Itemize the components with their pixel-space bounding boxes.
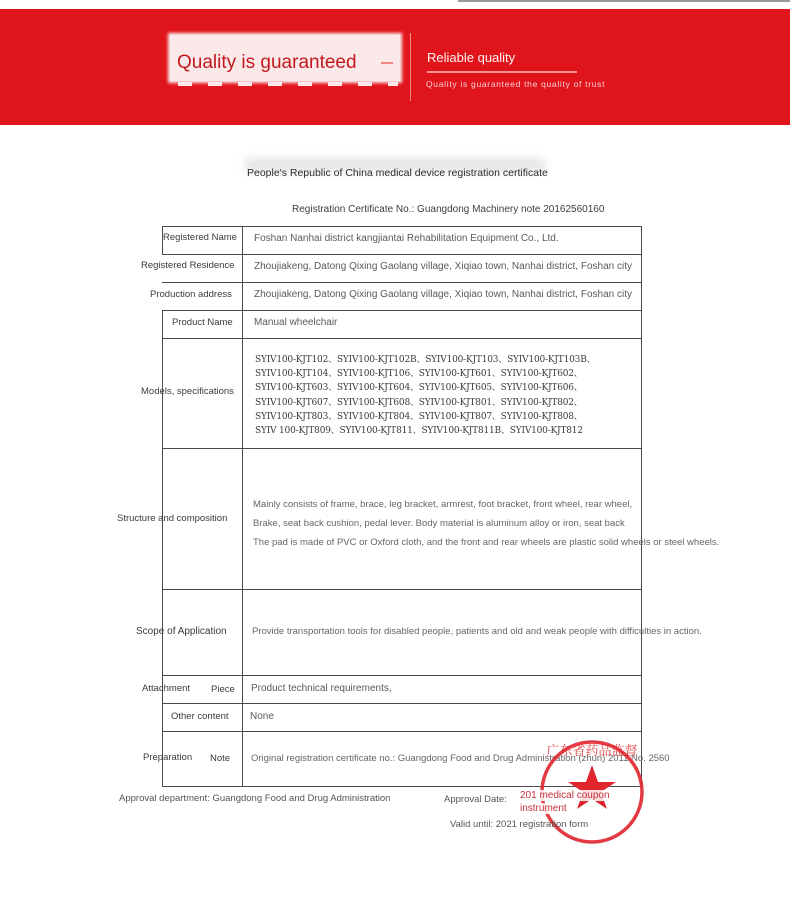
- banner-decoration: [178, 82, 398, 86]
- value-product-name: Manual wheelchair: [254, 317, 337, 328]
- value-other-content: None: [250, 711, 274, 722]
- label-attachment: Attachment: [142, 683, 190, 694]
- model-line: SYIV100-KJT102、SYIV100-KJT102B、SYIV100-K…: [255, 353, 595, 367]
- approval-date-value-line2: instrument: [520, 803, 567, 814]
- model-line: SYIV100-KJT104、SYIV100-KJT106、SYIV100-KJ…: [255, 367, 595, 381]
- approval-date-label: Approval Date:: [444, 794, 507, 805]
- value-structure: Mainly consists of frame, brace, leg bra…: [253, 495, 719, 552]
- banner-dash: [381, 62, 393, 64]
- model-line: SYIV100-KJT603、SYIV100-KJT604、SYIV100-KJ…: [255, 381, 595, 395]
- value-registered-name: Foshan Nanhai district kangjiantai Rehab…: [254, 233, 559, 244]
- label-product-name: Product Name: [172, 317, 233, 328]
- label-registered-residence: Registered Residence: [141, 260, 234, 271]
- banner-divider: [410, 33, 411, 101]
- banner-subtitle-underline: [427, 71, 577, 73]
- value-models: SYIV100-KJT102、SYIV100-KJT102B、SYIV100-K…: [255, 353, 595, 438]
- label-registered-name: Registered Name: [163, 232, 237, 243]
- banner-tagline: Quality is guaranteed the quality of tru…: [426, 79, 605, 89]
- banner-title: Quality is guaranteed: [177, 52, 357, 74]
- approval-department: Approval department: Guangdong Food and …: [119, 793, 390, 804]
- structure-line: The pad is made of PVC or Oxford cloth, …: [253, 533, 719, 552]
- certificate-number: Registration Certificate No.: Guangdong …: [292, 204, 604, 215]
- label-attachment-piece: Piece: [211, 684, 235, 695]
- document-title: People's Republic of China medical devic…: [247, 167, 548, 179]
- label-preparation: Preparation: [143, 752, 192, 763]
- value-registered-residence: Zhoujiakeng, Datong Qixing Gaolang villa…: [254, 261, 632, 272]
- svg-text:广东省药品监督: 广东省药品监督: [546, 743, 637, 759]
- structure-line: Brake, seat back cushion, pedal lever. B…: [253, 514, 719, 533]
- label-other-content: Other content: [171, 711, 229, 722]
- label-preparation-note: Note: [210, 753, 230, 764]
- value-scope: Provide transportation tools for disable…: [252, 626, 702, 637]
- model-line: SYIV100-KJT803、SYIV100-KJT804、SYIV100-KJ…: [255, 410, 595, 424]
- model-line: SYIV100-KJT607、SYIV100-KJT608、SYIV100-KJ…: [255, 396, 595, 410]
- model-line: SYIV 100-KJT809、SYIV100-KJT811、SYIV100-K…: [255, 424, 595, 438]
- label-production-address: Production address: [150, 289, 232, 300]
- banner-subtitle: Reliable quality: [427, 50, 515, 65]
- structure-line: Mainly consists of frame, brace, leg bra…: [253, 495, 719, 514]
- approval-date-value-line1: 201 medical coupon: [520, 790, 610, 801]
- official-seal-icon: 广东省药品监督: [540, 720, 645, 850]
- label-scope: Scope of Application: [136, 626, 227, 637]
- top-image-edge: [458, 0, 790, 2]
- value-attachment: Product technical requirements,: [251, 683, 392, 694]
- valid-until: Valid until: 2021 registration form: [450, 819, 588, 830]
- label-structure: Structure and composition: [117, 513, 227, 524]
- label-models: Models, specifications: [141, 386, 234, 397]
- value-production-address: Zhoujiakeng, Datong Qixing Gaolang villa…: [254, 289, 632, 300]
